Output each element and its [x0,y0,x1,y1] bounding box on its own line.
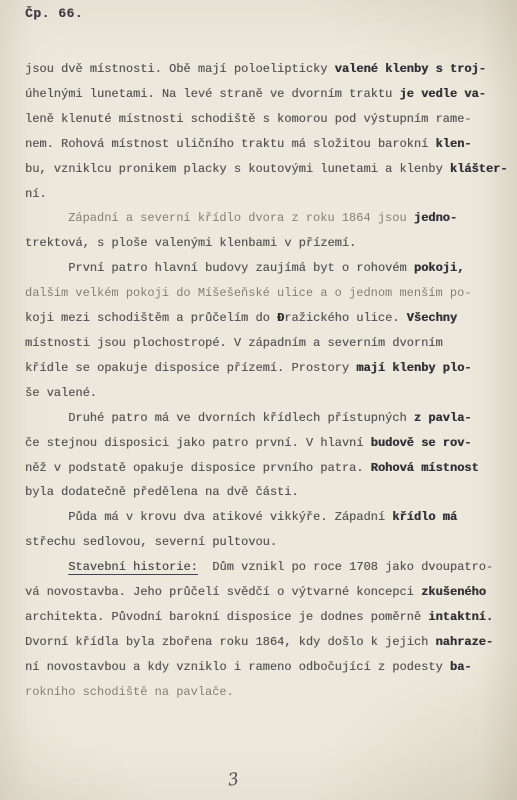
text-line: něž v podstatě opakuje disposice prvního… [25,456,510,481]
text-segment: še valené. [25,386,97,400]
text-segment: jedno- [414,211,457,225]
text-segment: valené klenby s troj- [335,62,486,76]
text-line: Stavební historie: Dům vznikl po roce 17… [25,555,510,580]
text-line: če stejnou disposici jako patro první. V… [25,431,510,456]
text-segment: ba- [450,660,472,674]
underlined-heading-text: Stavební historie: [68,560,198,574]
text-segment: budově se rov- [371,436,472,450]
text-segment: z pavla- [414,411,472,425]
text-line: koji mezi schodištěm a průčelím do Ðraži… [25,306,510,331]
text-segment: úhelnými lunetami. Na levé straně ve dvo… [25,87,399,101]
text-segment: První patro hlavní budovy zaujímá byt o … [25,261,414,275]
text-segment: ní novostavbou a kdy vzniklo i rameno od… [25,660,450,674]
text-segment: če stejnou disposici jako patro první. V… [25,436,371,450]
text-segment: dalším velkém pokoji do Míšešeňské ulice… [25,286,471,300]
text-line: úhelnými lunetami. Na levé straně ve dvo… [25,82,510,107]
text-segment: koji mezi schodištěm a průčelím do [25,311,277,325]
text-line: jsou dvě místnosti. Obě mají poloeliptic… [25,57,510,82]
text-line: křídle se opakuje disposice přízemí. Pro… [25,356,510,381]
text-segment: Druhé patro má ve dvorních křídlech přís… [25,411,414,425]
text-line: še valené. [25,381,510,406]
text-segment: bu, vzniklcu pronikem placky s koutovými… [25,162,450,176]
text-segment: křídle se opakuje disposice přízemí. Pro… [25,361,356,375]
text-line: rokního schodiště na pavlače. [25,680,510,705]
text-line: místnosti jsou plochostropé. V západním … [25,331,510,356]
text-segment: vá novostavba. Jeho průčelí svědčí o výt… [25,585,421,599]
text-line: Druhé patro má ve dvorních křídlech přís… [25,406,510,431]
text-segment: jsou dvě místnosti. Obě mají poloeliptic… [25,62,335,76]
text-line: dalším velkém pokoji do Míšešeňské ulice… [25,281,510,306]
text-segment: klen- [435,137,471,151]
text-segment: místnosti jsou plochostropé. V západním … [25,336,443,350]
document-body: jsou dvě místnosti. Obě mají poloeliptic… [25,57,510,705]
text-segment: Půda má v krovu dva atikové vikkýře. Záp… [25,510,392,524]
text-segment: Dvorní křídla byla zbořena roku 1864, kd… [25,635,435,649]
text-segment: nahraze- [435,635,493,649]
text-line: střechu sedlovou, severní pultovou. [25,530,510,555]
text-segment: Všechny [407,311,457,325]
text-segment: něž v podstatě opakuje disposice prvního… [25,461,371,475]
text-line: trektová, s ploše valenými klenbami v př… [25,231,510,256]
text-line: Půda má v krovu dva atikové vikkýře. Záp… [25,505,510,530]
text-line: První patro hlavní budovy zaujímá byt o … [25,256,510,281]
text-segment [25,560,68,574]
text-segment: architekta. Původní barokní disposice je… [25,610,428,624]
text-line: vá novostavba. Jeho průčelí svědčí o výt… [25,580,510,605]
text-segment: Dům vznikl po roce 1708 jako dvoupatro- [198,560,493,574]
text-segment: Rohová místnost [371,461,479,475]
house-number-heading: Čp. 66. [25,1,83,26]
text-line: architekta. Původní barokní disposice je… [25,605,510,630]
text-line: Západní a severní křídlo dvora z roku 18… [25,206,510,231]
text-line: bu, vzniklcu pronikem placky s koutovými… [25,157,510,182]
text-line: ní. [25,182,510,207]
text-segment: trektová, s ploše valenými klenbami v př… [25,236,356,250]
text-segment: ní. [25,187,47,201]
text-segment: Západní a severní křídlo dvora z roku 18… [25,211,414,225]
text-segment: pokoji, [414,261,464,275]
text-segment: rokního schodiště na pavlače. [25,685,234,699]
text-line: Dvorní křídla byla zbořena roku 1864, kd… [25,630,510,655]
text-segment: je vedle va- [399,87,485,101]
text-segment: ražického ulice. [284,311,406,325]
text-line: byla dodatečně předělena na dvě části. [25,480,510,505]
document-page: Čp. 66. jsou dvě místnosti. Obě mají pol… [0,0,517,800]
text-line: ní novostavbou a kdy vzniklo i rameno od… [25,655,510,680]
text-segment: křídlo má [392,510,457,524]
text-segment: klášter- [450,162,508,176]
text-segment: leně klenuté místnosti schodiště s komor… [25,112,471,126]
text-line: leně klenuté místnosti schodiště s komor… [25,107,510,132]
text-segment: střechu sedlovou, severní pultovou. [25,535,277,549]
text-segment: intaktní. [428,610,493,624]
text-segment: mají klenby plo- [356,361,471,375]
text-segment: nem. Rohová místnost uličního traktu má … [25,137,435,151]
text-line: nem. Rohová místnost uličního traktu má … [25,132,510,157]
text-segment: zkušeného [421,585,486,599]
text-segment: byla dodatečně předělena na dvě části. [25,485,299,499]
page-number: 3 [227,769,241,790]
